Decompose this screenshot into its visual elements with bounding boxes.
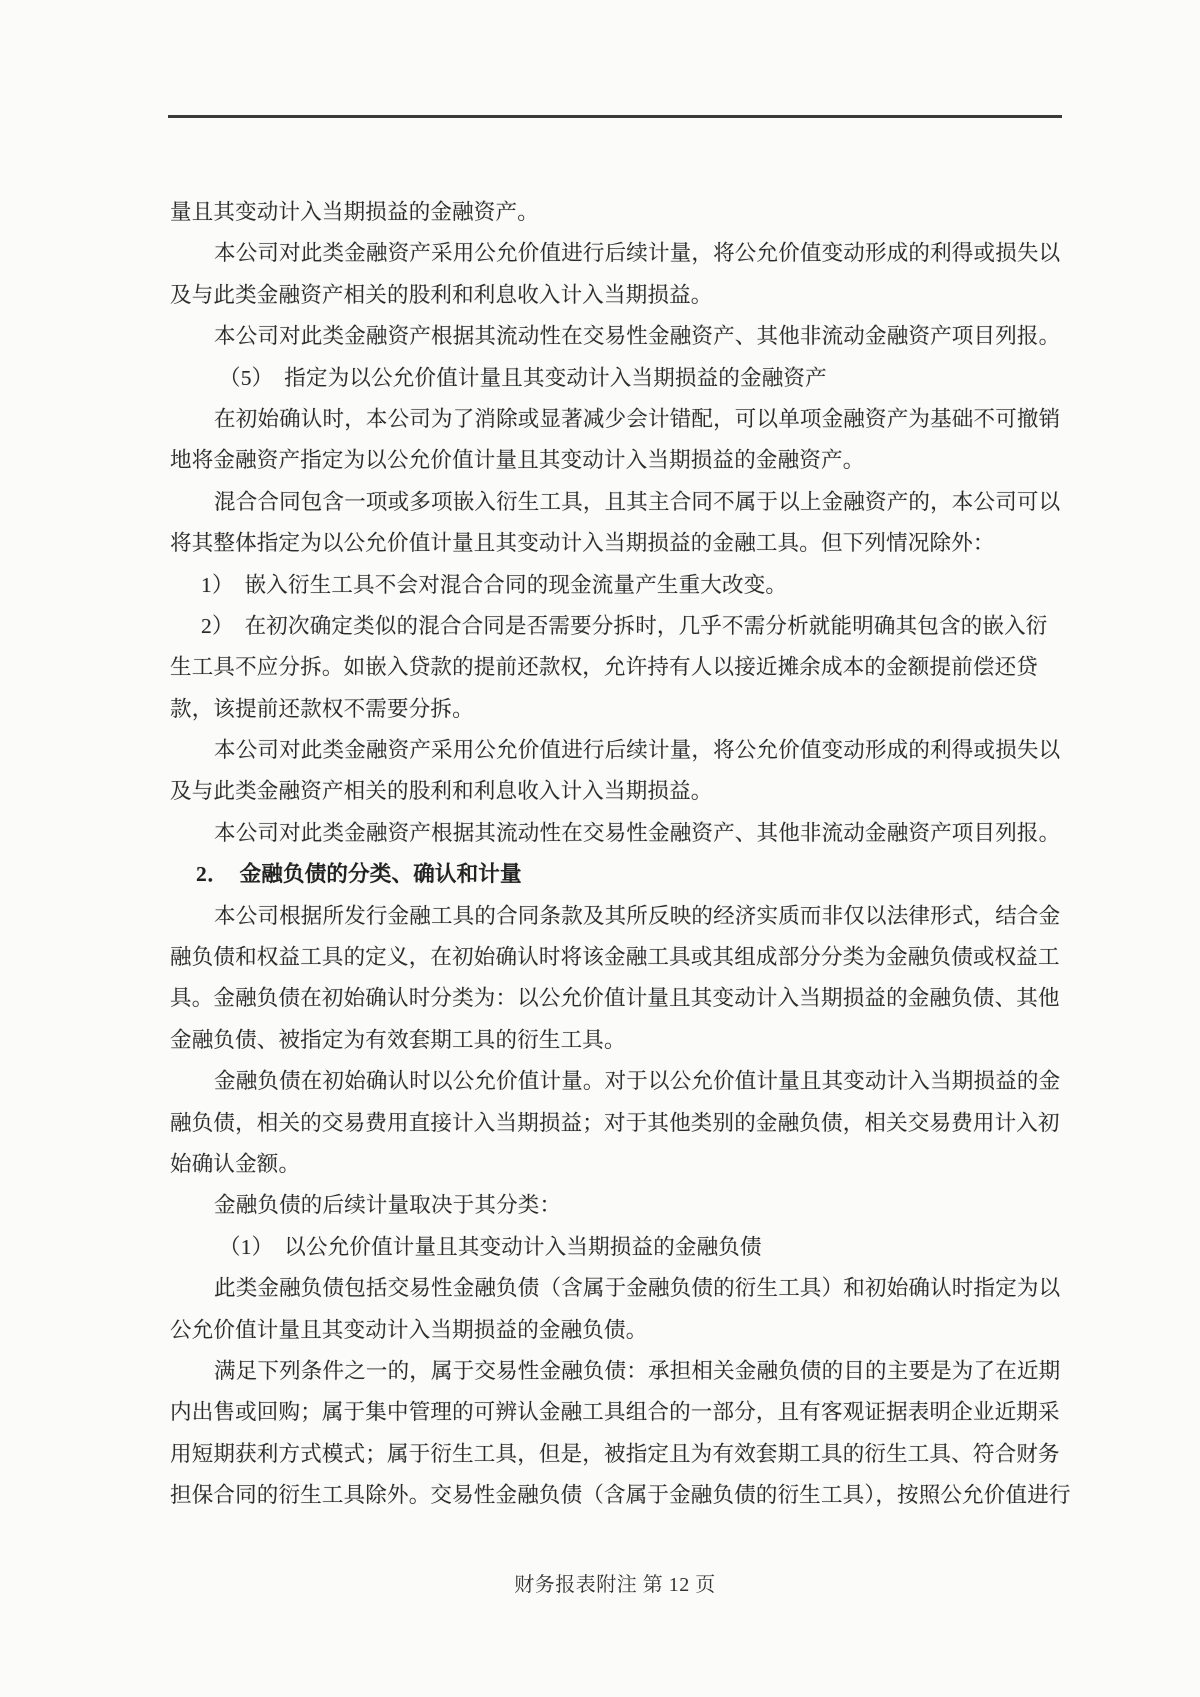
document-line: 此类金融负债包括交易性金融负债（含属于金融负债的衍生工具）和初始确认时指定为以: [170, 1268, 1070, 1309]
document-line: 1） 嵌入衍生工具不会对混合合同的现金流量产生重大改变。: [170, 565, 1070, 606]
document-line: 本公司对此类金融资产采用公允价值进行后续计量，将公允价值变动形成的利得或损失以: [170, 730, 1070, 771]
document-line: （5） 指定为以公允价值计量且其变动计入当期损益的金融资产: [170, 358, 1070, 399]
document-line: 用短期获利方式模式；属于衍生工具，但是，被指定且为有效套期工具的衍生工具、符合财…: [170, 1434, 1070, 1475]
document-line: 融负债，相关的交易费用直接计入当期损益；对于其他类别的金融负债，相关交易费用计入…: [170, 1103, 1070, 1144]
document-line: 量且其变动计入当期损益的金融资产。: [170, 192, 1070, 233]
document-line: 2） 在初次确定类似的混合合同是否需要分拆时，几乎不需分析就能明确其包含的嵌入衍: [170, 606, 1070, 647]
document-line: 生工具不应分拆。如嵌入贷款的提前还款权，允许持有人以接近摊余成本的金额提前偿还贷: [170, 647, 1070, 688]
document-line: 本公司对此类金融资产根据其流动性在交易性金融资产、其他非流动金融资产项目列报。: [170, 316, 1070, 357]
document-line: 本公司根据所发行金融工具的合同条款及其所反映的经济实质而非仅以法律形式，结合金: [170, 896, 1070, 937]
document-line: 金融负债的后续计量取决于其分类：: [170, 1185, 1070, 1226]
document-line: 本公司对此类金融资产采用公允价值进行后续计量，将公允价值变动形成的利得或损失以: [170, 233, 1070, 274]
document-line: 公允价值计量且其变动计入当期损益的金融负债。: [170, 1310, 1070, 1351]
document-page: 量且其变动计入当期损益的金融资产。本公司对此类金融资产采用公允价值进行后续计量，…: [0, 0, 1200, 1697]
document-line: 款，该提前还款权不需要分拆。: [170, 689, 1070, 730]
document-line: 混合合同包含一项或多项嵌入衍生工具，且其主合同不属于以上金融资产的，本公司可以: [170, 482, 1070, 523]
document-line: 及与此类金融资产相关的股利和利息收入计入当期损益。: [170, 275, 1070, 316]
document-line: 担保合同的衍生工具除外。交易性金融负债（含属于金融负债的衍生工具），按照公允价值…: [170, 1475, 1070, 1516]
page-footer: 财务报表附注 第 12 页: [168, 1565, 1062, 1605]
document-line: 始确认金额。: [170, 1144, 1070, 1185]
document-line: 具。金融负债在初始确认时分类为：以公允价值计量且其变动计入当期损益的金融负债、其…: [170, 978, 1070, 1019]
document-line: 内出售或回购；属于集中管理的可辨认金融工具组合的一部分，且有客观证据表明企业近期…: [170, 1392, 1070, 1433]
document-line: 本公司对此类金融资产根据其流动性在交易性金融资产、其他非流动金融资产项目列报。: [170, 813, 1070, 854]
document-lines: 量且其变动计入当期损益的金融资产。本公司对此类金融资产采用公允价值进行后续计量，…: [170, 192, 1070, 1517]
document-line: 金融负债、被指定为有效套期工具的衍生工具。: [170, 1020, 1070, 1061]
document-line: 在初始确认时，本公司为了消除或显著减少会计错配，可以单项金融资产为基础不可撤销: [170, 399, 1070, 440]
document-line: 将其整体指定为以公允价值计量且其变动计入当期损益的金融工具。但下列情况除外：: [170, 523, 1070, 564]
document-line: （1） 以公允价值计量且其变动计入当期损益的金融负债: [170, 1227, 1070, 1268]
document-line: 满足下列条件之一的，属于交易性金融负债：承担相关金融负债的目的主要是为了在近期: [170, 1351, 1070, 1392]
document-line: 融负债和权益工具的定义，在初始确认时将该金融工具或其组成部分分类为金融负债或权益…: [170, 937, 1070, 978]
document-body: 量且其变动计入当期损益的金融资产。本公司对此类金融资产采用公允价值进行后续计量，…: [170, 192, 1070, 1517]
document-line: 及与此类金融资产相关的股利和利息收入计入当期损益。: [170, 771, 1070, 812]
document-line: 金融负债在初始确认时以公允价值计量。对于以公允价值计量且其变动计入当期损益的金: [170, 1061, 1070, 1102]
section-heading: 2． 金融负债的分类、确认和计量: [170, 854, 1070, 895]
document-line: 地将金融资产指定为以公允价值计量且其变动计入当期损益的金融资产。: [170, 440, 1070, 481]
header-rule: [168, 115, 1062, 118]
